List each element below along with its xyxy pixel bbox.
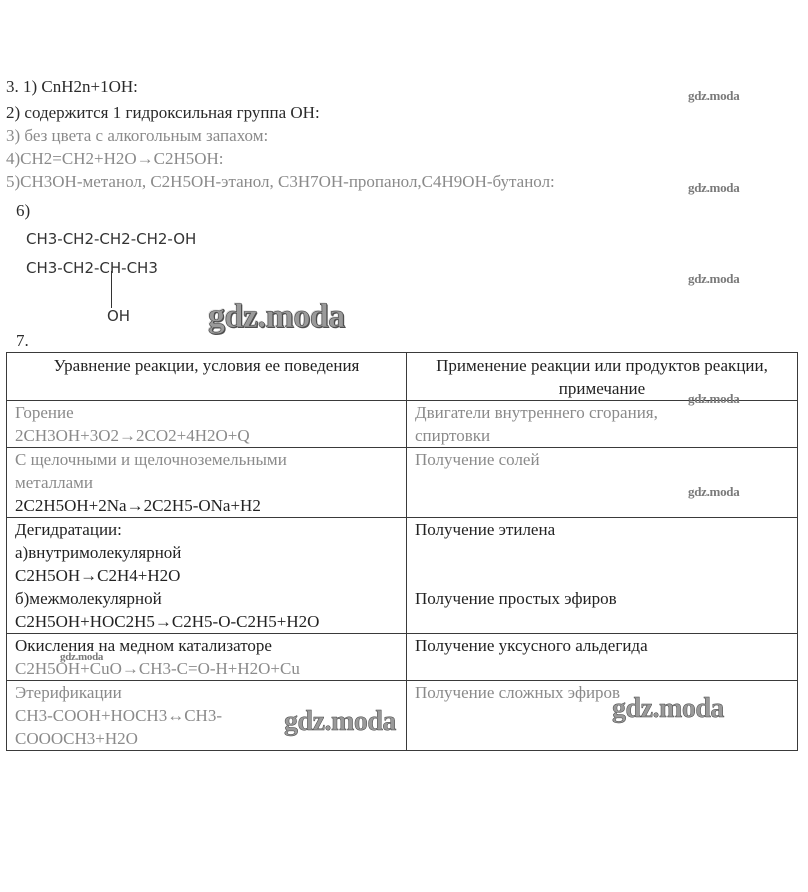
reactions-table: Уравнение реакции, условия ее поведения … <box>6 352 798 751</box>
answer-3-3: 3) без цвета с алкогольным запахом: <box>6 126 268 146</box>
watermark: gdz.moda <box>688 88 739 104</box>
header-equation: Уравнение реакции, условия ее поведения <box>7 353 407 401</box>
equation-cell: Горение 2CH3OH+3O2→2CO2+4H2O+Q <box>7 401 407 448</box>
watermark-medium: gdz.moda <box>284 706 396 738</box>
watermark: gdz.moda <box>688 271 739 287</box>
application-cell: Двигатели внутреннего сгорания, спиртовк… <box>407 401 798 448</box>
table-row: Дегидратации: а)внутримолекулярной C2H5O… <box>7 518 798 634</box>
answer-6-label: 6) <box>16 201 30 221</box>
watermark-medium: gdz.moda <box>612 693 724 725</box>
answer-3-1: 3. 1) CnH2n+1OH: <box>6 77 138 97</box>
table-row: С щелочными и щелочноземельными металлам… <box>7 448 798 518</box>
equation-cell: С щелочными и щелочноземельными металлам… <box>7 448 407 518</box>
watermark: gdz.moda <box>688 180 739 196</box>
answer-3-2: 2) содержится 1 гидроксильная группа OH: <box>6 103 320 123</box>
application-cell: Получение этилена Получение простых эфир… <box>407 518 798 634</box>
application-cell: Получение солей <box>407 448 798 518</box>
answer-7-label: 7. <box>16 331 29 351</box>
watermark: gdz.moda <box>688 484 739 500</box>
chemical-bond-line <box>111 271 112 308</box>
isomer-butanol-1: CH3-CH2-CH2-CH2-OH <box>26 229 196 249</box>
watermark-large: gdz.moda <box>208 298 345 336</box>
answer-3-4: 4)CH2=CH2+H2O→C2H5OH: <box>6 149 224 169</box>
isomer-butanol-2: CH3-CH2-CH-CH3 <box>26 258 158 278</box>
equation-cell: Дегидратации: а)внутримолекулярной C2H5O… <box>7 518 407 634</box>
application-cell: Получение уксусного альдегида <box>407 634 798 681</box>
table-header-row: Уравнение реакции, условия ее поведения … <box>7 353 798 401</box>
application-cell: Получение сложных эфиров <box>407 681 798 751</box>
watermark: gdz.moda <box>688 391 739 407</box>
table-row: Горение 2CH3OH+3O2→2CO2+4H2O+Q Двигатели… <box>7 401 798 448</box>
answer-3-5: 5)CH3OH-метанол, C2H5OH-этанол, C3H7OH-п… <box>6 172 555 192</box>
isomer-hydroxyl-group: OH <box>107 306 130 326</box>
watermark: gdz.moda <box>60 651 103 663</box>
table-row: Окисления на медном катализаторе C2H5OH+… <box>7 634 798 681</box>
